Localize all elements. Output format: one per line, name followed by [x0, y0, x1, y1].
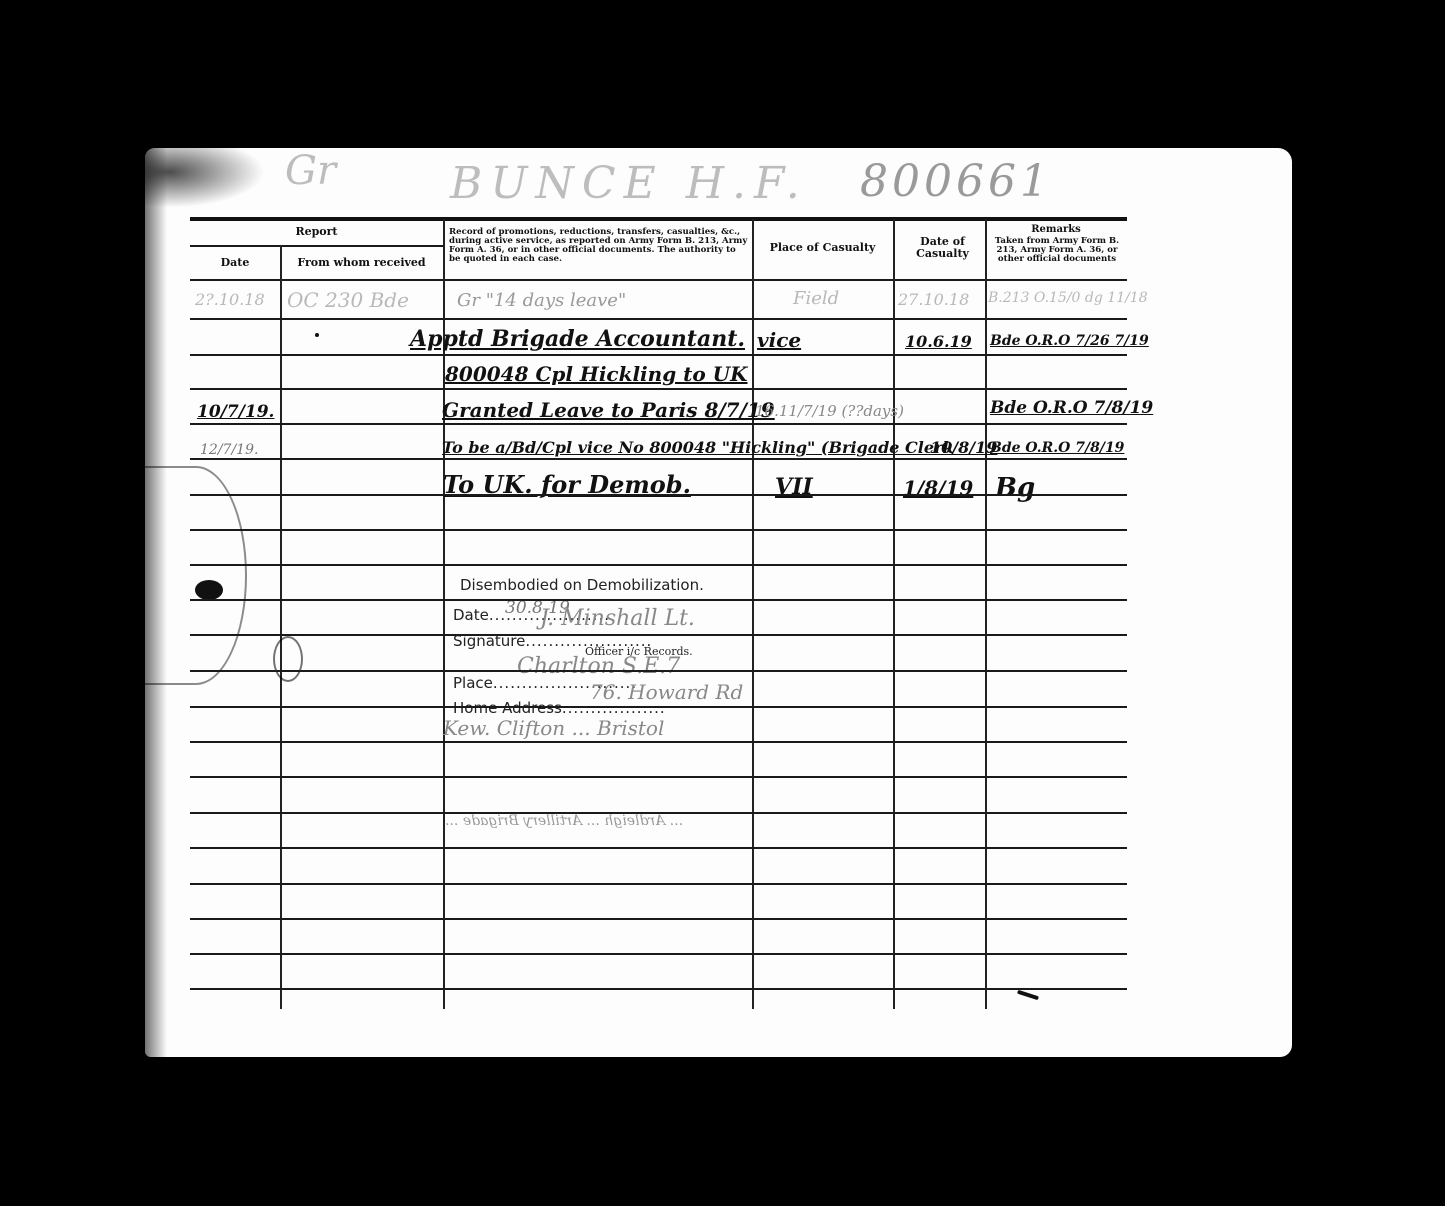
rank-handwritten: Gr: [285, 148, 336, 194]
header-remarks-sub: Taken from Army Form B. 213, Army Form A…: [988, 237, 1126, 264]
row-rule: [190, 354, 1127, 356]
row-rule: [190, 494, 1127, 496]
entry-2-remarks: Bde O.R.O 7/26 7/19: [990, 333, 1149, 349]
ink-stain-ring: [145, 466, 247, 685]
header-date: Date: [190, 257, 280, 269]
entry-5-date-casualty: 10/8/19: [930, 438, 997, 457]
row-rule: [190, 388, 1127, 390]
header-date-casualty: Date of Casualty: [900, 236, 985, 259]
name-handwritten: BUNCE H.F.: [450, 158, 808, 209]
report-subheader-rule: [190, 245, 443, 247]
entry-1-date-casualty: 27.10.18: [898, 290, 969, 309]
row-rule: [190, 741, 1127, 743]
demob-signature-value: J. Minshall Lt.: [540, 606, 695, 631]
ink-blot: [195, 580, 223, 600]
header-report: Report: [190, 226, 443, 238]
edge-smudge: [145, 148, 265, 208]
record-card: Gr BUNCE H.F. 800661 Report Date From wh…: [145, 148, 1292, 1057]
header-record: Record of promotions, reductions, transf…: [449, 228, 749, 264]
service-number-handwritten: 800661: [860, 156, 1052, 207]
entry-4-place: 16.11/7/19 (??days): [755, 402, 904, 420]
header-remarks-title: Remarks: [985, 225, 1127, 236]
bleed-through-text: ... Ardleigh ... Artillery Brigade ...: [445, 813, 683, 829]
row-rule: [190, 883, 1127, 885]
row-rule: [190, 423, 1127, 425]
row-rule: [190, 670, 1127, 672]
row-rule: [190, 529, 1127, 531]
ink-blot-2: [273, 636, 303, 682]
row-rule: [190, 706, 1127, 708]
col-divider-place: [893, 219, 895, 1009]
entry-1-record: Gr "14 days leave": [457, 290, 626, 311]
header-place-casualty: Place of Casualty: [752, 242, 893, 254]
entry-2-place: vice: [757, 328, 801, 352]
row-rule: [190, 953, 1127, 955]
demob-title: Disembodied on Demobilization.: [460, 576, 704, 594]
header-from-whom: From whom received: [280, 257, 443, 269]
entry-2-date-casualty: 10.6.19: [905, 332, 972, 351]
col-divider-date: [280, 245, 282, 1009]
entry-1-from: OC 230 Bde: [287, 288, 409, 312]
row-rule: [190, 776, 1127, 778]
entry-4-record: Granted Leave to Paris 8/7/19: [442, 398, 775, 422]
row-rule: [190, 318, 1127, 320]
col-divider-record: [752, 219, 754, 1009]
ink-dot: [315, 333, 319, 337]
entry-1-place: Field: [793, 288, 839, 309]
entry-5-record: To be a/Bd/Cpl vice No 800048 "Hickling"…: [442, 438, 954, 457]
entry-1-date: 2?.10.18: [195, 290, 265, 309]
demob-address-label: Home Address..................: [453, 699, 666, 717]
entry-5-date: 12/7/19.: [200, 442, 258, 458]
entry-5-remarks: Bde O.R.O 7/8/19: [990, 440, 1124, 456]
entry-4-remarks: Bde O.R.O 7/8/19: [990, 398, 1153, 418]
row-rule: [190, 847, 1127, 849]
col-divider-date-casualty: [985, 219, 987, 1009]
demob-address-line2: Kew. Clifton ... Bristol: [443, 716, 664, 740]
row-rule: [190, 564, 1127, 566]
entry-6-place: VII: [775, 474, 813, 500]
entry-6-date-casualty: 1/8/19: [903, 476, 973, 500]
entry-6-remarks: Bg: [995, 473, 1035, 503]
entry-1-remarks: B.213 O.15/0 dg 11/18: [988, 290, 1148, 306]
row-rule: [190, 458, 1127, 460]
entry-2-record: Apptd Brigade Accountant.: [410, 326, 745, 352]
row-rule: [190, 918, 1127, 920]
row-rule: [190, 634, 1127, 636]
entry-3-record: 800048 Cpl Hickling to UK: [445, 362, 748, 386]
row-rule: [190, 812, 1127, 814]
ink-mark: [1017, 990, 1039, 1001]
row-rule: [190, 599, 1127, 601]
date-label: Date: [453, 606, 489, 624]
place-label: Place: [453, 674, 493, 692]
entry-4-date: 10/7/19.: [197, 402, 274, 422]
address-label: Home Address: [453, 699, 562, 717]
row-rule: [190, 988, 1127, 990]
